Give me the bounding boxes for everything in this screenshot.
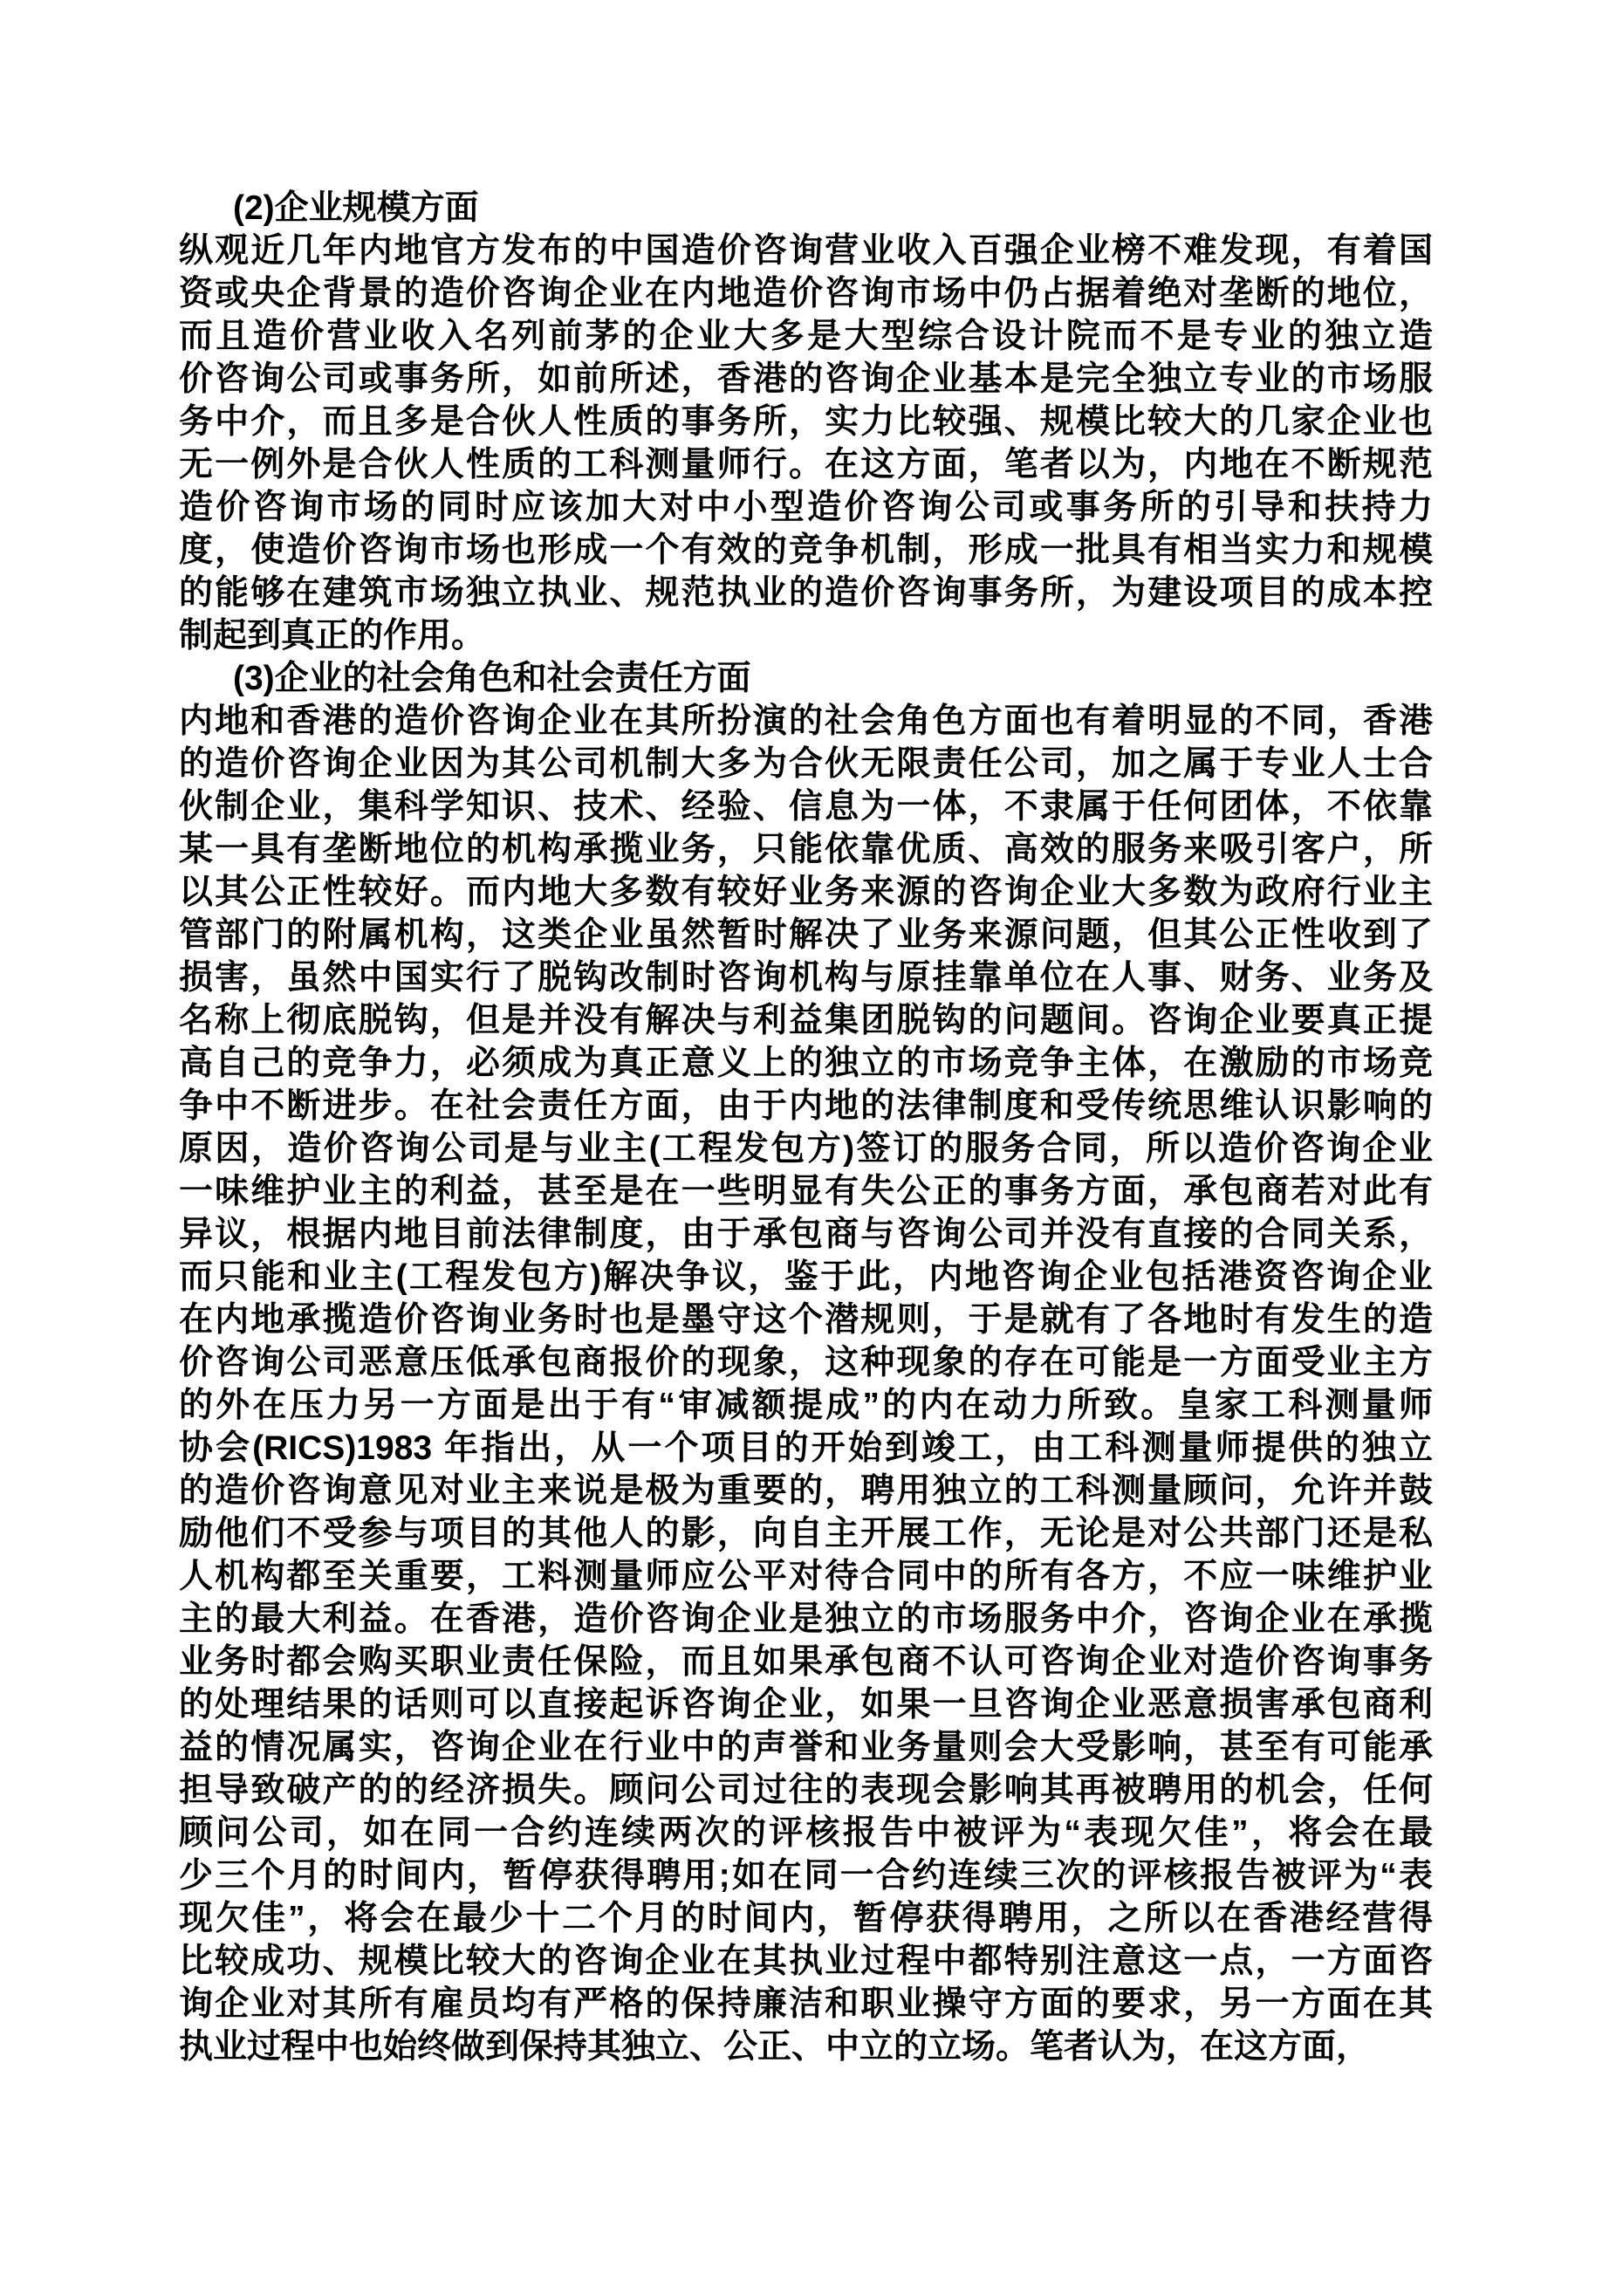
text-line: 务中介，而且多是合伙人性质的事务所，实力比较强、规模比较大的几家企业也	[179, 401, 1433, 443]
text-line: 业务时都会购买职业责任保险，而且如果承包商不认可咨询企业对造价咨询事务	[179, 1641, 1433, 1683]
text-line: 纵观近几年内地官方发布的中国造价咨询营业收入百强企业榜不难发现，有着国	[179, 230, 1433, 272]
text-line: 内地和香港的造价咨询企业在其所扮演的社会角色方面也有着明显的不同，香港	[179, 700, 1433, 743]
text-line: 顾问公司，如在同一合约连续两次的评核报告中被评为“表现欠佳”，将会在最	[179, 1812, 1433, 1854]
text-line: 现欠佳”，将会在最少十二个月的时间内，暂停获得聘用，之所以在香港经营得	[179, 1897, 1433, 1940]
text-line: 度，使造价咨询市场也形成一个有效的竞争机制，形成一批具有相当实力和规模	[179, 529, 1433, 572]
text-line: 执业过程中也始终做到保持其独立、公正、中立的立场。笔者认为，在这方面，	[179, 2025, 1433, 2068]
text-line: 价咨询公司或事务所，如前所述，香港的咨询企业基本是完全独立专业的市场服	[179, 358, 1433, 401]
text-line: 主的最大利益。在香港，造价咨询企业是独立的市场服务中介，咨询企业在承揽	[179, 1598, 1433, 1641]
text-line: 的外在压力另一方面是出于有“审减额提成”的内在动力所致。皇家工科测量师	[179, 1384, 1433, 1427]
text-line: 争中不断进步。在社会责任方面，由于内地的法律制度和受传统思维认识影响的	[179, 1085, 1433, 1127]
text-line: 少三个月的时间内，暂停获得聘用;如在同一合约连续三次的评核报告被评为“表	[179, 1854, 1433, 1897]
text-line: 询企业对其所有雇员均有严格的保持廉洁和职业操守方面的要求，另一方面在其	[179, 1983, 1433, 2025]
text-line: 而且造价营业收入名列前茅的企业大多是大型综合设计院而不是专业的独立造	[179, 315, 1433, 358]
text-line: 比较成功、规模比较大的咨询企业在其执业过程中都特别注意这一点，一方面咨	[179, 1940, 1433, 1983]
text-line: 价咨询公司恶意压低承包商报价的现象，这种现象的存在可能是一方面受业主方	[179, 1341, 1433, 1384]
text-line: 某一具有垄断地位的机构承揽业务，只能依靠优质、高效的服务来吸引客户，所	[179, 828, 1433, 871]
text-line: 以其公正性较好。而内地大多数有较好业务来源的咨询企业大多数为政府行业主	[179, 871, 1433, 914]
text-line: 异议，根据内地目前法律制度，由于承包商与咨询公司并没有直接的合同关系，	[179, 1213, 1433, 1256]
text-line: 管部门的附属机构，这类企业虽然暂时解决了业务来源问题，但其公正性收到了	[179, 914, 1433, 956]
text-line: 资或央企背景的造价咨询企业在内地造价咨询市场中仍占据着绝对垄断的地位，	[179, 272, 1433, 315]
text-line: 励他们不受参与项目的其他人的影，向自主开展工作，无论是对公共部门还是私	[179, 1512, 1433, 1555]
text-line: 担导致破产的的经济损失。顾问公司过往的表现会影响其再被聘用的机会，任何	[179, 1769, 1433, 1812]
text-line: 益的情况属实，咨询企业在行业中的声誉和业务量则会大受影响，甚至有可能承	[179, 1726, 1433, 1769]
text-line: 的能够在建筑市场独立执业、规范执业的造价咨询事务所，为建设项目的成本控	[179, 572, 1433, 614]
text-line: 协会(RICS)1983 年指出，从一个项目的开始到竣工，由工科测量师提供的独立	[179, 1427, 1433, 1470]
text-line: 伙制企业，集科学知识、技术、经验、信息为一体，不隶属于任何团体，不依靠	[179, 785, 1433, 828]
text-line: 高自己的竞争力，必须成为真正意义上的独立的市场竞争主体，在激励的市场竞	[179, 1042, 1433, 1085]
section-heading: (3)企业的社会角色和社会责任方面	[179, 657, 1433, 700]
text-line: 损害，虽然中国实行了脱钩改制时咨询机构与原挂靠单位在人事、财务、业务及	[179, 956, 1433, 999]
text-line: 原因，造价咨询公司是与业主(工程发包方)签订的服务合同，所以造价咨询企业	[179, 1127, 1433, 1170]
text-block: (2)企业规模方面纵观近几年内地官方发布的中国造价咨询营业收入百强企业榜不难发现…	[179, 187, 1433, 2068]
text-line: 无一例外是合伙人性质的工科测量师行。在这方面，笔者以为，内地在不断规范	[179, 443, 1433, 486]
section-heading: (2)企业规模方面	[179, 187, 1433, 230]
text-line: 在内地承揽造价咨询业务时也是墨守这个潜规则，于是就有了各地时有发生的造	[179, 1299, 1433, 1341]
document-page: (2)企业规模方面纵观近几年内地官方发布的中国造价咨询营业收入百强企业榜不难发现…	[0, 0, 1623, 2296]
text-line: 制起到真正的作用。	[179, 614, 1433, 657]
text-line: 而只能和业主(工程发包方)解决争议，鉴于此，内地咨询企业包括港资咨询企业	[179, 1256, 1433, 1299]
text-line: 造价咨询市场的同时应该加大对中小型造价咨询公司或事务所的引导和扶持力	[179, 486, 1433, 529]
text-line: 的造价咨询意见对业主来说是极为重要的，聘用独立的工科测量顾问，允许并鼓	[179, 1470, 1433, 1512]
text-line: 的处理结果的话则可以直接起诉咨询企业，如果一旦咨询企业恶意损害承包商利	[179, 1683, 1433, 1726]
text-line: 人机构都至关重要，工料测量师应公平对待合同中的所有各方，不应一味维护业	[179, 1555, 1433, 1598]
text-line: 一味维护业主的利益，甚至是在一些明显有失公正的事务方面，承包商若对此有	[179, 1170, 1433, 1213]
text-line: 的造价咨询企业因为其公司机制大多为合伙无限责任公司，加之属于专业人士合	[179, 743, 1433, 785]
text-line: 名称上彻底脱钩，但是并没有解决与利益集团脱钩的问题间。咨询企业要真正提	[179, 999, 1433, 1042]
